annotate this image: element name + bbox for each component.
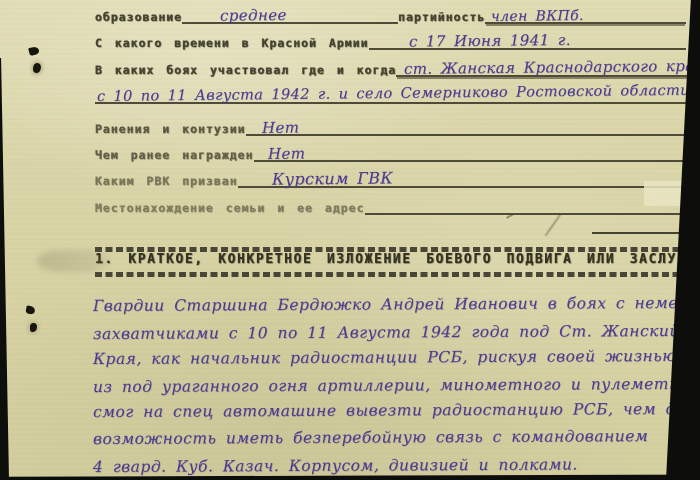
dashed-rule-bottom bbox=[95, 272, 692, 277]
prior-awards-value: Нет bbox=[253, 144, 305, 163]
feat-line: смог на спец автомашине вывезти радиоста… bbox=[93, 400, 696, 421]
battles-label: В каких боях участвовал где и когда bbox=[95, 63, 396, 77]
ink-spot bbox=[25, 305, 35, 314]
army-since-value: с 17 Июня 1941 г. bbox=[368, 31, 570, 51]
party-value: член ВКПб. bbox=[485, 8, 584, 25]
drafted-by-value: Курским ГВК bbox=[238, 168, 393, 189]
party-label: партийность bbox=[398, 10, 485, 24]
battles-blank-line: ст. Жанская Краснодарского края bbox=[396, 55, 700, 77]
ink-spot bbox=[28, 46, 40, 56]
prior-awards-blank-line: Нет bbox=[254, 140, 686, 162]
scanned-award-document: образование среднее партийность член ВКП… bbox=[0, 0, 700, 480]
field-battles-continued: с 10 по 11 Августа 1942 г. и село Семерн… bbox=[95, 84, 686, 104]
battles-value: ст. Жанская Краснодарского края bbox=[396, 57, 700, 78]
wounds-value: Нет bbox=[245, 118, 299, 137]
battles-continued-value: с 10 по 11 Августа 1942 г. и село Семерн… bbox=[95, 81, 700, 105]
family-address-label: Местонахождение семьи и ее адрес bbox=[95, 201, 365, 215]
field-wounds: Ранения и контузии Нет bbox=[95, 116, 686, 136]
feat-line: Гвардии Старшина Бердюжко Андрей Иванови… bbox=[93, 294, 700, 315]
education-value: среднее bbox=[182, 6, 287, 25]
drafted-by-blank-line: Курским ГВК bbox=[238, 166, 686, 188]
feat-line: из под ураганного огня артиллерии, мином… bbox=[93, 374, 700, 396]
scan-edge-left bbox=[0, 58, 9, 480]
education-label: образование bbox=[95, 10, 182, 24]
army-since-label: С какого времени в Красной Армии bbox=[95, 36, 369, 50]
party-blank-line: член ВКПб. bbox=[485, 2, 686, 24]
drafted-by-label: Каким РВК призван bbox=[95, 174, 238, 188]
ink-spot bbox=[30, 323, 37, 332]
feat-line: захватчиками с 10 по 11 Августа 1942 год… bbox=[93, 321, 700, 343]
field-family-address: Местонахождение семьи и ее адрес bbox=[95, 195, 686, 215]
section-heading: 1. КРАТКОЕ, КОНКРЕТНОЕ ИЗЛОЖЕНИЕ БОЕВОГО… bbox=[95, 252, 696, 267]
army-since-blank-line: с 17 Июня 1941 г. bbox=[369, 28, 686, 50]
crease-mark bbox=[545, 214, 562, 236]
field-prior-awards: Чем ранее награжден Нет bbox=[95, 142, 686, 162]
field-education-party: образование среднее партийность член ВКП… bbox=[95, 4, 686, 24]
ink-spot bbox=[33, 63, 41, 73]
education-blank-line: среднее bbox=[182, 2, 398, 24]
empty-blank-line bbox=[592, 232, 694, 234]
field-battles: В каких боях участвовал где и когда ст. … bbox=[95, 57, 686, 77]
wounds-blank-line: Нет bbox=[246, 114, 686, 136]
field-drafted-by: Каким РВК призван Курским ГВК bbox=[95, 168, 686, 188]
feat-line: возможность иметь безперебойную связь с … bbox=[93, 427, 648, 448]
wounds-label: Ранения и контузии bbox=[95, 122, 246, 136]
ink-bleed-through bbox=[38, 250, 108, 272]
prior-awards-label: Чем ранее награжден bbox=[95, 148, 254, 162]
battles-continued-blank-line: с 10 по 11 Августа 1942 г. и село Семерн… bbox=[95, 82, 700, 104]
feat-line: Края, как начальник радиостанции РСБ, ри… bbox=[93, 347, 676, 368]
feat-line: 4 гвард. Куб. Казач. Корпусом, дивизией … bbox=[93, 455, 578, 476]
field-army-since: С какого времени в Красной Армии с 17 Ию… bbox=[95, 30, 686, 50]
family-address-blank-line bbox=[365, 193, 686, 215]
